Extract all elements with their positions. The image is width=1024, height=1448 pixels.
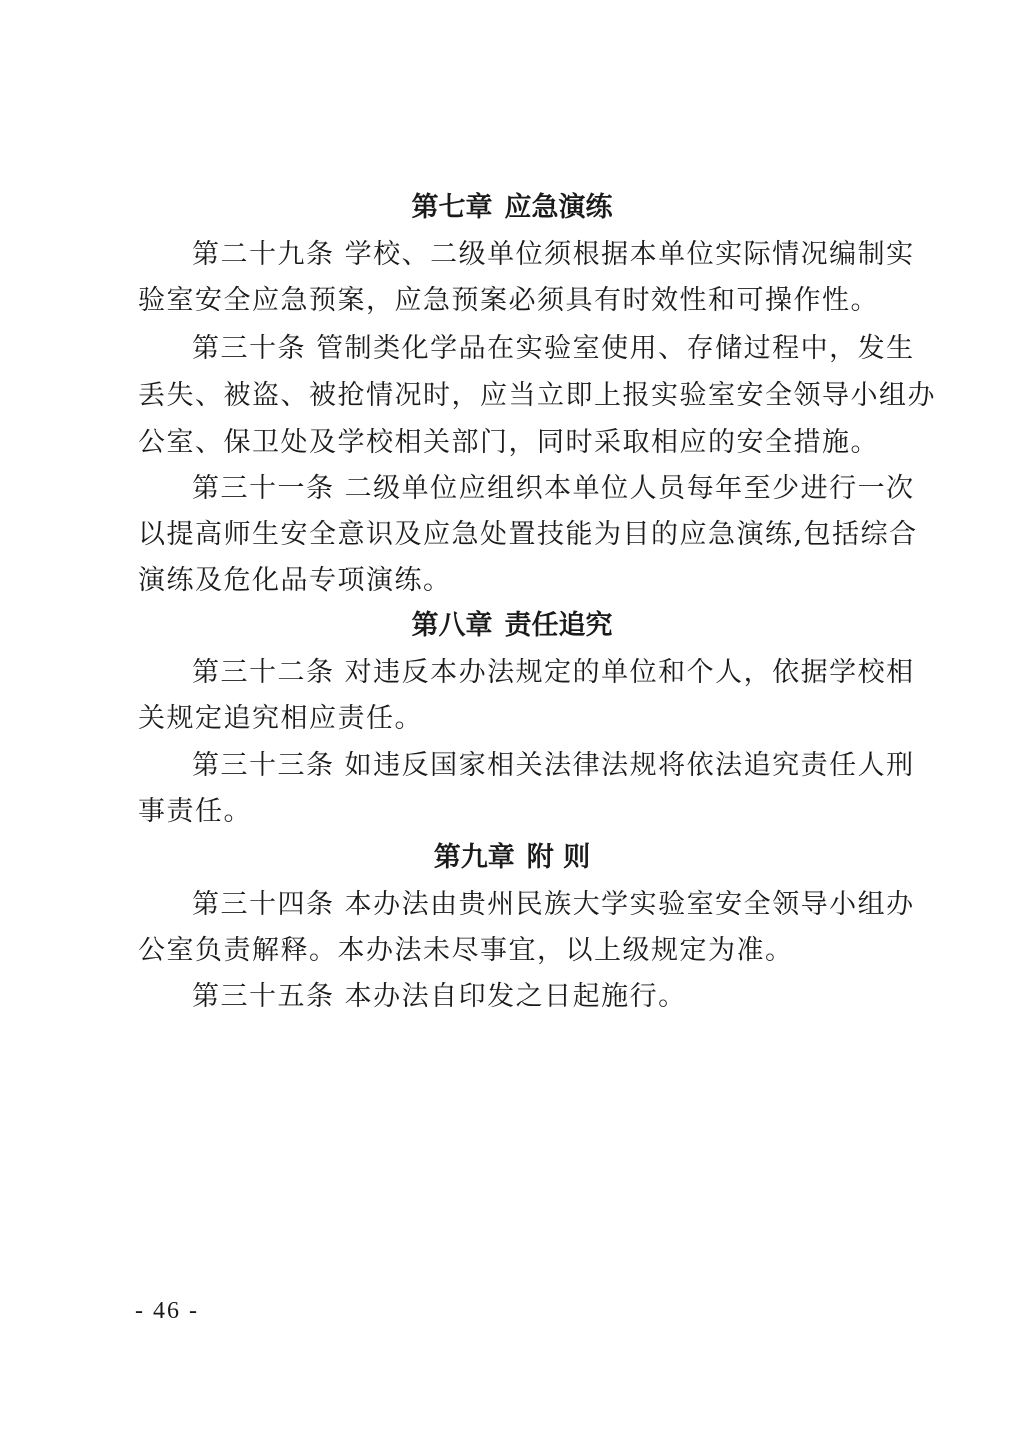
document-page: 第七章应急演练 第二十九条 学校、二级单位须根据本单位实际情况编制实 验室安全应… — [0, 0, 1024, 1448]
chapter-title: 责任追究 — [505, 610, 613, 641]
chapter-number: 第九章 — [434, 842, 515, 873]
article-line: 第三十二条 对违反本办法规定的单位和个人，依据学校相 — [192, 653, 898, 693]
article-line: 事责任。 — [138, 792, 898, 832]
article-line: 演练及危化品专项演练。 — [138, 561, 898, 601]
article-line: 以提高师生安全意识及应急处置技能为目的应急演练,包括综合 — [138, 515, 898, 555]
chapter-number: 第七章 — [412, 192, 493, 223]
chapter-number: 第八章 — [412, 610, 493, 641]
chapter-heading: 第七章应急演练 — [0, 188, 1024, 228]
article-line: 第三十五条 本办法自印发之日起施行。 — [192, 977, 898, 1017]
article-line: 公室负责解释。本办法未尽事宜，以上级规定为准。 — [138, 931, 898, 971]
article-line: 第三十一条 二级单位应组织本单位人员每年至少进行一次 — [192, 469, 898, 509]
article-line: 第三十三条 如违反国家相关法律法规将依法追究责任人刑 — [192, 746, 898, 786]
chapter-title: 应急演练 — [505, 192, 613, 223]
article-line: 第二十九条 学校、二级单位须根据本单位实际情况编制实 — [192, 235, 898, 275]
chapter-heading: 第九章附 则 — [0, 838, 1024, 878]
article-line: 关规定追究相应责任。 — [138, 699, 898, 739]
article-line: 丢失、被盗、被抢情况时，应当立即上报实验室安全领导小组办 — [138, 376, 898, 416]
article-line: 验室安全应急预案，应急预案必须具有时效性和可操作性。 — [138, 281, 898, 321]
article-line: 第三十四条 本办法由贵州民族大学实验室安全领导小组办 — [192, 885, 898, 925]
chapter-heading: 第八章责任追究 — [0, 606, 1024, 646]
article-line: 公室、保卫处及学校相关部门，同时采取相应的安全措施。 — [138, 423, 898, 463]
chapter-title: 附 则 — [527, 842, 590, 873]
article-line: 第三十条 管制类化学品在实验室使用、存储过程中，发生 — [192, 329, 898, 369]
page-number: - 46 - — [135, 1296, 199, 1326]
